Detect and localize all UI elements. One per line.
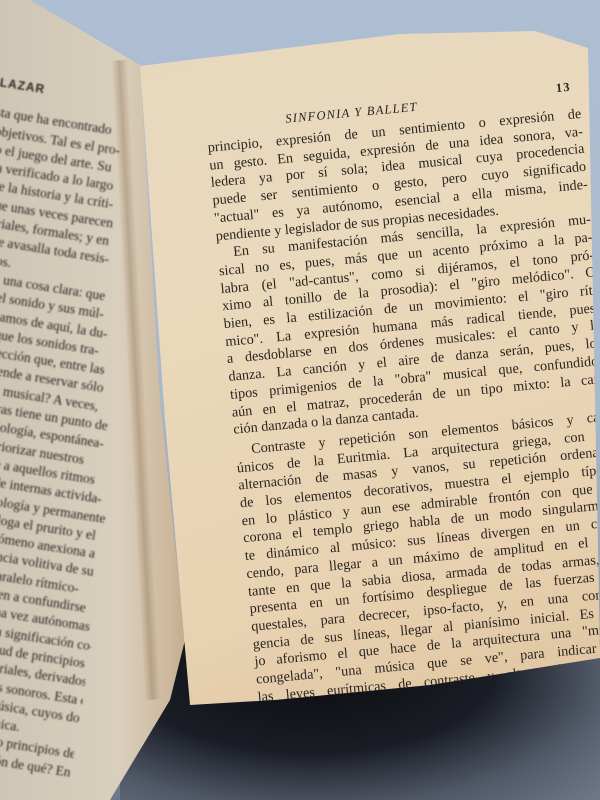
page-number: 13 (555, 79, 571, 98)
